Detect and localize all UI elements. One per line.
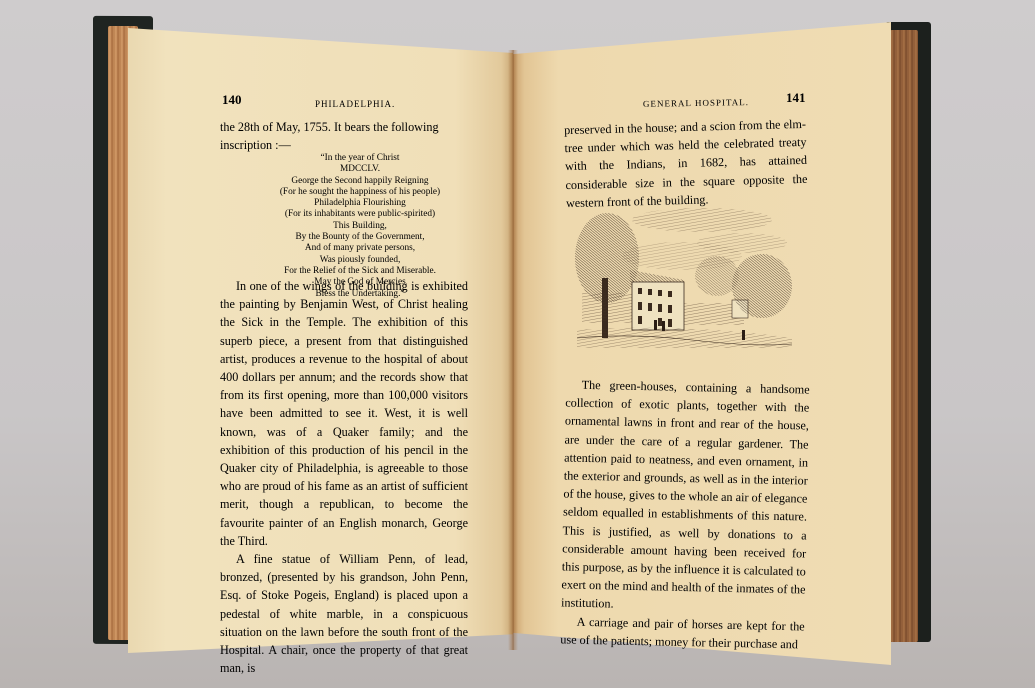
left-body-text: In one of the wings of the building is e… xyxy=(220,277,468,677)
left-opening-text: the 28th of May, 1755. It bears the foll… xyxy=(220,118,467,154)
right-page-number: 141 xyxy=(786,90,806,106)
right-paragraph-1: The green-houses, containing a handsome … xyxy=(561,375,810,617)
left-page-number: 140 xyxy=(222,92,242,108)
inscription-line: (For he sought the happiness of his peop… xyxy=(255,187,465,198)
opening-line-2: inscription :— xyxy=(220,136,467,154)
book-gutter xyxy=(508,50,518,650)
inscription-line: Was piously founded, xyxy=(255,255,465,266)
page-edges-right xyxy=(890,30,918,642)
right-paragraph-2: A carriage and pair of horses are kept f… xyxy=(560,612,805,654)
left-paragraph-2: A fine statue of William Penn, of lead, … xyxy=(220,550,468,677)
inscription-line: Philadelphia Flourishing xyxy=(255,198,465,209)
inscription-line: George the Second happily Reigning xyxy=(255,176,465,187)
left-running-head: PHILADELPHIA. xyxy=(315,99,395,109)
inscription-line: MDCCLV. xyxy=(255,164,465,175)
inscription-line: By the Bounty of the Government, xyxy=(255,232,465,243)
hospital-engraving-illustration xyxy=(572,198,797,348)
inscription-line: And of many private persons, xyxy=(255,243,465,254)
inscription-line: “In the year of Christ xyxy=(255,153,465,164)
right-body-text: The green-houses, containing a handsome … xyxy=(560,375,810,653)
inscription-line: (For its inhabitants were public-spirite… xyxy=(255,209,465,220)
right-running-head: GENERAL HOSPITAL. xyxy=(643,97,749,109)
left-paragraph-1: In one of the wings of the building is e… xyxy=(220,277,468,550)
opening-line-1: the 28th of May, 1755. It bears the foll… xyxy=(220,118,467,136)
inscription-line: For the Relief of the Sick and Miserable… xyxy=(255,266,465,277)
inscription-line: This Building, xyxy=(255,221,465,232)
